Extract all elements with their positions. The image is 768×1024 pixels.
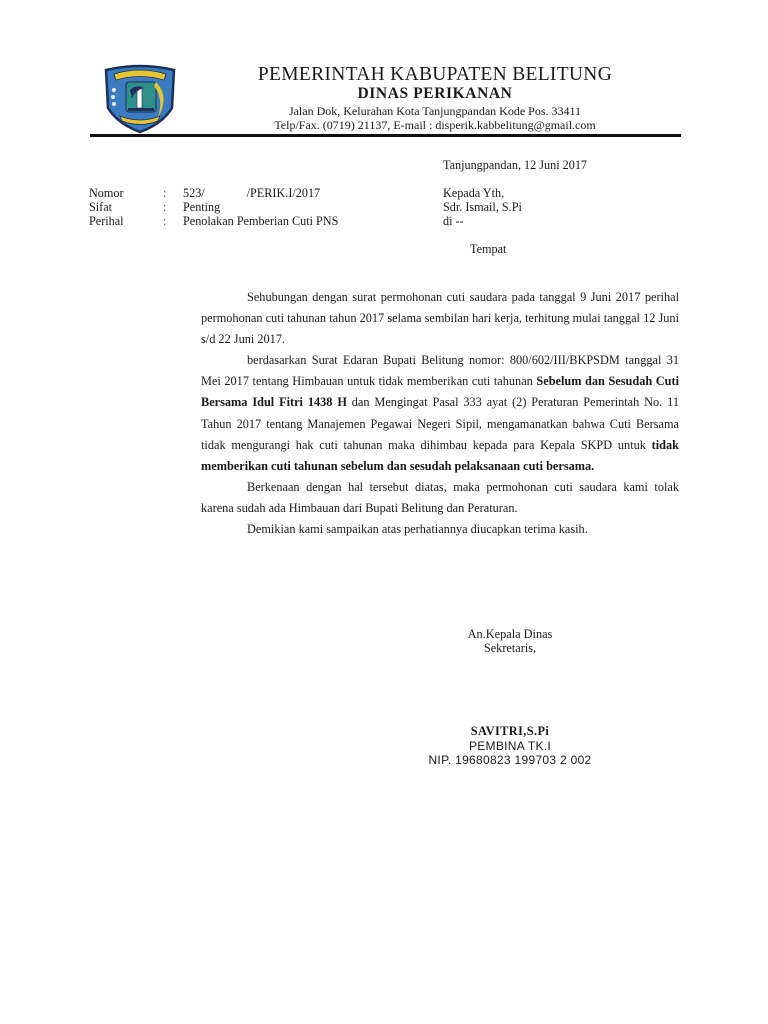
office-contact: Telp/Fax. (0719) 21137, E-mail : disperi… xyxy=(190,118,680,133)
meta-value-nomor: 523//PERIK.I/2017 xyxy=(183,186,320,201)
body-paragraph-1: Sehubungan dengan surat permohonan cuti … xyxy=(201,287,679,350)
meta-colon: : xyxy=(163,186,166,201)
recipient-location: Tempat xyxy=(470,242,506,257)
meta-colon: : xyxy=(163,200,166,215)
department-name: DINAS PERIKANAN xyxy=(190,85,680,103)
recipient-salutation: Kepada Yth, xyxy=(443,186,504,201)
recipient-location-prefix: di -- xyxy=(443,214,464,229)
nomor-prefix: 523/ xyxy=(183,186,205,200)
body-paragraph-4: Demikian kami sampaikan atas perhatianny… xyxy=(201,519,679,540)
meta-label-nomor: Nomor xyxy=(89,186,124,201)
body-paragraph-3: Berkenaan dengan hal tersebut diatas, ma… xyxy=(201,477,679,519)
signatory-rank: PEMBINA TK.I xyxy=(400,739,620,753)
signatory-name: SAVITRI,S.Pi xyxy=(400,724,620,739)
nomor-suffix: /PERIK.I/2017 xyxy=(247,186,320,200)
meta-value-sifat: Penting xyxy=(183,200,220,215)
meta-label-perihal: Perihal xyxy=(89,214,124,229)
meta-label-sifat: Sifat xyxy=(89,200,112,215)
recipient-name: Sdr. Ismail, S.Pi xyxy=(443,200,522,215)
meta-colon: : xyxy=(163,214,166,229)
body-paragraph-2: berdasarkan Surat Edaran Bupati Belitung… xyxy=(201,350,679,477)
office-address: Jalan Dok, Kelurahan Kota Tanjungpandan … xyxy=(190,104,680,119)
government-name: PEMERINTAH KABUPATEN BELITUNG xyxy=(190,64,680,86)
letter-body: Sehubungan dengan surat permohonan cuti … xyxy=(201,287,679,540)
signatory-nip: NIP. 19680823 199703 2 002 xyxy=(400,753,620,767)
signature-position: Sekretaris, xyxy=(400,641,620,656)
place-date: Tanjungpandan, 12 Juni 2017 xyxy=(443,158,587,173)
kabupaten-belitung-emblem-icon xyxy=(102,64,178,134)
meta-value-perihal: Penolakan Pemberian Cuti PNS xyxy=(183,214,338,229)
letterhead-divider xyxy=(90,134,681,137)
signature-on-behalf: An.Kepala Dinas xyxy=(400,627,620,642)
